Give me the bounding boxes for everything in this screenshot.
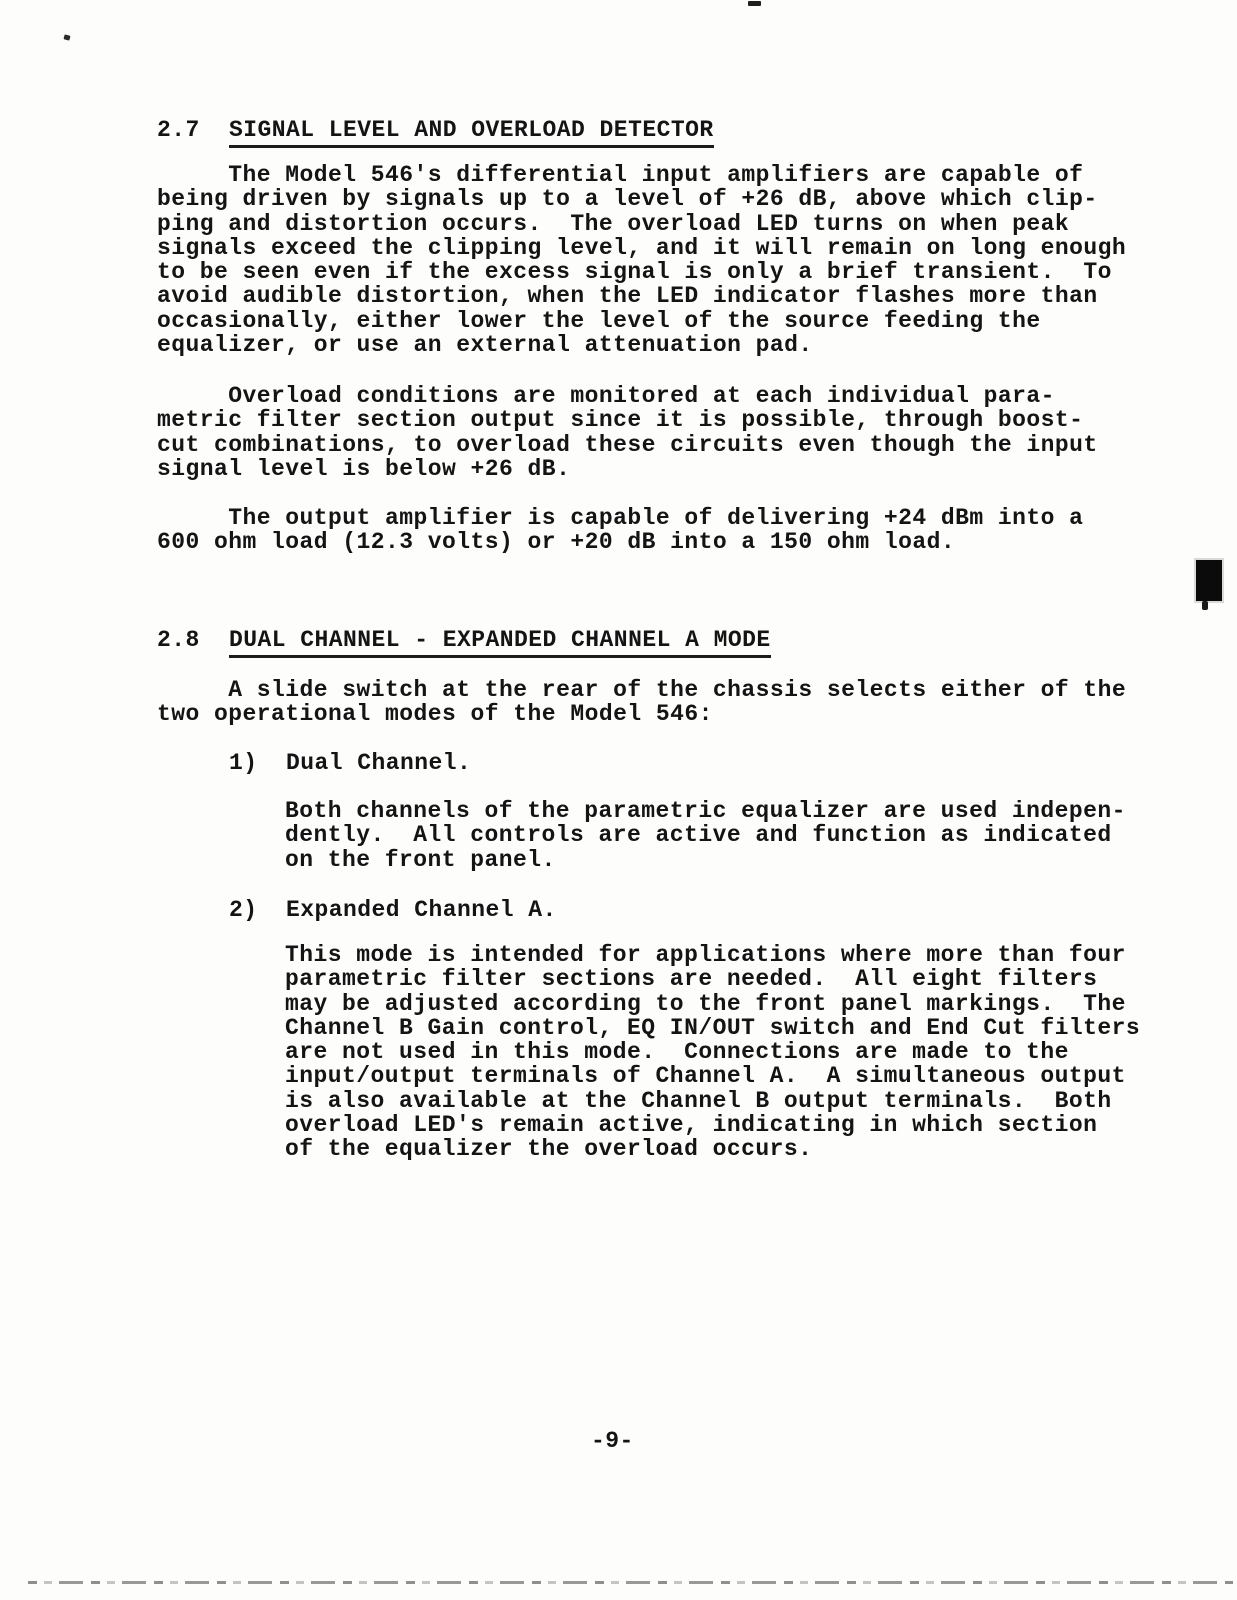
s28-list-item-2-label: 2) Expanded Channel A. bbox=[229, 898, 557, 922]
ink-speck bbox=[1202, 601, 1208, 610]
s28-list-item-2-body: This mode is intended for applications w… bbox=[285, 943, 1140, 1162]
s28-list-item-1-body: Both channels of the parametric equalize… bbox=[285, 799, 1126, 872]
s28-list-item-1-label: 1) Dual Channel. bbox=[229, 751, 471, 775]
s27-paragraph-1: The Model 546's differential input ampli… bbox=[157, 163, 1126, 357]
section-2-8-heading: DUAL CHANNEL - EXPANDED CHANNEL A MODE bbox=[229, 628, 771, 658]
scan-speck bbox=[748, 1, 761, 6]
s27-paragraph-3: The output amplifier is capable of deliv… bbox=[157, 506, 1083, 555]
section-2-7-heading: SIGNAL LEVEL AND OVERLOAD DETECTOR bbox=[229, 118, 714, 148]
page-number: -9- bbox=[591, 1429, 634, 1453]
scan-speck bbox=[63, 34, 70, 40]
scanned-manual-page: 2.7 SIGNAL LEVEL AND OVERLOAD DETECTOR T… bbox=[0, 0, 1237, 1600]
section-2-8-title: DUAL CHANNEL - EXPANDED CHANNEL A MODE bbox=[229, 628, 771, 658]
s27-paragraph-2: Overload conditions are monitored at eac… bbox=[157, 384, 1098, 481]
s28-intro-paragraph: A slide switch at the rear of the chassi… bbox=[157, 678, 1126, 727]
section-2-7-number: 2.7 bbox=[157, 118, 200, 142]
section-2-7-title: SIGNAL LEVEL AND OVERLOAD DETECTOR bbox=[229, 118, 714, 148]
ink-blot-mark bbox=[1196, 560, 1222, 601]
section-2-8-number: 2.8 bbox=[157, 628, 200, 652]
scan-edge-line bbox=[28, 1581, 1233, 1584]
